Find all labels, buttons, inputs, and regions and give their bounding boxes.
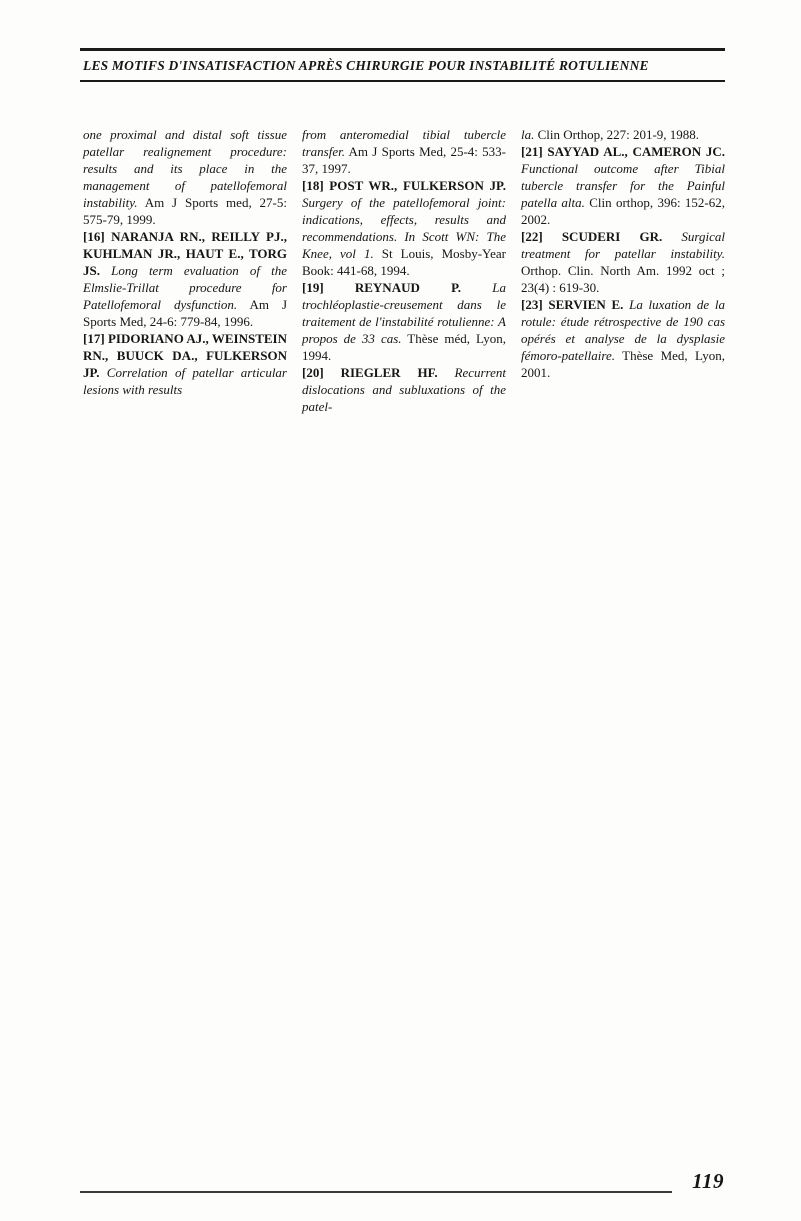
reference-paragraph: [22] SCUDERI GR. Surgical treatment for … [521, 228, 725, 296]
references-column-1: one proximal and distal soft tissue pate… [83, 126, 287, 415]
reference-paragraph: one proximal and distal soft tissue pate… [83, 126, 287, 228]
page-number: 119 [692, 1169, 724, 1194]
text-run-bold: [21] SAYYAD AL., CAMERON JC. [521, 144, 725, 159]
reference-paragraph: [18] POST WR., FULKERSON JP. Surgery of … [302, 177, 506, 279]
references-section: one proximal and distal soft tissue pate… [83, 126, 726, 415]
reference-paragraph: la. Clin Orthop, 227: 201-9, 1988. [521, 126, 725, 143]
journal-page: LES MOTIFS D'INSATISFACTION APRÈS CHIRUR… [0, 0, 801, 1221]
text-run-bold: [19] REYNAUD P. [302, 280, 461, 295]
reference-paragraph: [16] NARANJA RN., REILLY PJ., KUHLMAN JR… [83, 228, 287, 330]
reference-paragraph: [17] PIDORIANO AJ., WEINSTEIN RN., BUUCK… [83, 330, 287, 398]
text-run-italic: Correlation of patellar articular lesion… [83, 365, 287, 397]
reference-paragraph: [21] SAYYAD AL., CAMERON JC. Functional … [521, 143, 725, 228]
text-run-bold: [20] RIEGLER HF. [302, 365, 438, 380]
text-run-bold: [22] SCUDERI GR. [521, 229, 662, 244]
references-column-2: from anteromedial tibial tubercle transf… [302, 126, 506, 415]
text-run-italic: la. [521, 127, 534, 142]
reference-paragraph: [19] REYNAUD P. La trochléoplastie-creus… [302, 279, 506, 364]
text-run-bold: [23] SERVIEN E. [521, 297, 623, 312]
reference-paragraph: [23] SERVIEN E. La luxation de la rotule… [521, 296, 725, 381]
references-column-3: la. Clin Orthop, 227: 201-9, 1988.[21] S… [521, 126, 725, 415]
reference-paragraph: [20] RIEGLER HF. Recurrent dislocations … [302, 364, 506, 415]
text-run-roman: Orthop. Clin. North Am. 1992 oct ; 23(4)… [521, 263, 725, 295]
reference-paragraph: from anteromedial tibial tubercle transf… [302, 126, 506, 177]
text-run-bold: [18] POST WR., FULKERSON JP. [302, 178, 506, 193]
running-head: LES MOTIFS D'INSATISFACTION APRÈS CHIRUR… [80, 48, 725, 82]
page-header-title: LES MOTIFS D'INSATISFACTION APRÈS CHIRUR… [83, 58, 725, 74]
footer-rule [80, 1191, 672, 1193]
text-run-roman: Clin Orthop, 227: 201-9, 1988. [534, 127, 699, 142]
